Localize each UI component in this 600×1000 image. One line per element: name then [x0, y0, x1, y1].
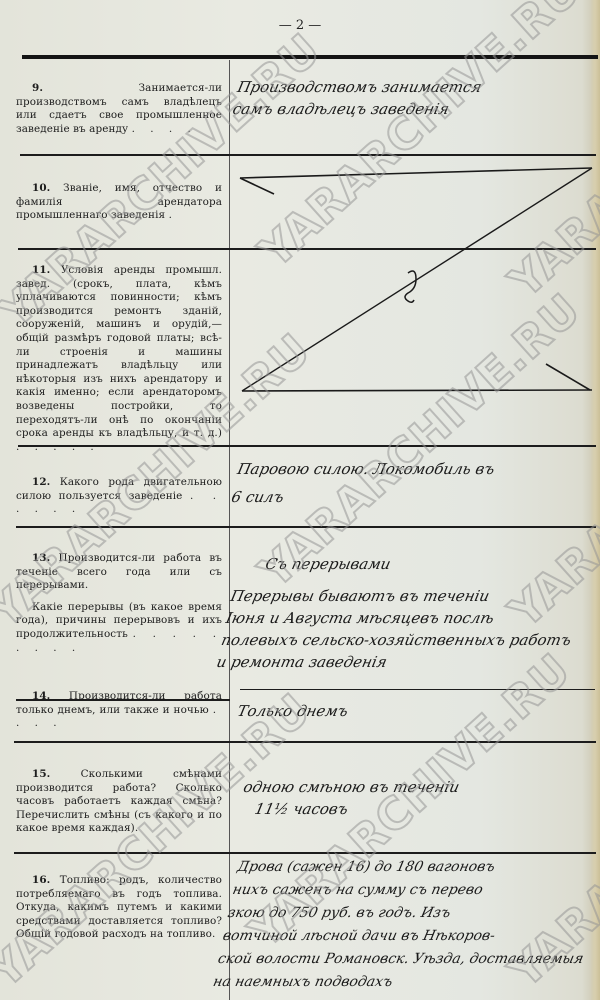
answer-14: Только днемъ: [235, 700, 592, 722]
question-number: 12.: [32, 476, 50, 488]
answer-16: Дрова (сажен 16) до 180 вагоновъ нихъ са…: [211, 856, 592, 994]
answer-line: ской волости Романовск. Уѣзда, доставляе…: [216, 948, 573, 971]
row-divider-14: [14, 741, 596, 743]
answer-13: Съ перерывами Перерывы бываютъ въ течені…: [214, 553, 592, 673]
row-divider-15: [14, 852, 596, 854]
answer-line: 6 силъ: [229, 486, 586, 508]
question-9: 9. Занимается-ли производствомъ самъ вла…: [16, 82, 222, 136]
leader-dots: .: [169, 209, 178, 221]
row-divider-12: [16, 526, 596, 528]
answer-line: Дрова (сажен 16) до 180 вагоновъ: [235, 856, 592, 879]
question-text: Условія аренды промышл. завед. (срокъ, п…: [16, 264, 222, 439]
question-number: 16.: [32, 874, 50, 886]
answer-line: одною смѣною въ теченіи: [235, 776, 592, 798]
question-number: 14.: [32, 690, 50, 702]
answer-12: Паровою силою. Локомобиль въ 6 силъ: [229, 458, 592, 508]
question-16: 16. Топливо: родъ, количество потребляем…: [16, 874, 222, 942]
question-12: 12. Какого рода двигательною силою польз…: [16, 476, 222, 517]
row-divider-13: [240, 689, 595, 690]
leader-dots: . . . . .: [16, 441, 100, 453]
answer-15: одною смѣною въ теченіи 11½ часовъ: [231, 776, 592, 820]
answer-line: Перерывы бываютъ въ теченіи: [229, 585, 586, 607]
question-number: 11.: [32, 264, 50, 276]
page-number: — 2 —: [0, 18, 600, 33]
answer-line: зкою до 750 руб. въ годъ. Изъ: [225, 902, 582, 925]
question-number: 10.: [32, 182, 50, 194]
answer-line: Съ перерывами: [235, 553, 592, 575]
answer-9: Производствомъ занимается самъ владѣлецъ…: [231, 76, 592, 120]
answer-line: 11½ часовъ: [231, 798, 588, 820]
question-number: 9.: [32, 82, 43, 94]
answer-line: самъ владѣлецъ заведенія: [231, 98, 588, 120]
question-13: 13. Производится-ли работа въ теченіе вс…: [16, 552, 222, 655]
answer-line: Производствомъ занимается: [235, 76, 592, 98]
answer-line: нихъ саженъ на сумму съ перево: [230, 879, 587, 902]
answer-line: Только днемъ: [235, 700, 592, 722]
answer-line: Паровою силою. Локомобиль въ: [235, 458, 592, 480]
answer-line: и ремонта заведенія: [214, 651, 571, 673]
strike-out-mark: [230, 150, 600, 450]
answer-line: на наемныхъ подводахъ: [211, 971, 568, 994]
question-14: 14. Производится-ли работа только днемъ,…: [16, 690, 222, 731]
question-11: 11. Условія аренды промышл. завед. (срок…: [16, 264, 222, 454]
question-number: 13.: [32, 552, 50, 564]
question-10: 10. Званіе, имя, отчество и фамилія арен…: [16, 182, 222, 223]
question-15: 15. Сколькими смѣнами производится работ…: [16, 768, 222, 836]
header-rule: [22, 55, 598, 59]
leader-dots: . . . .: [132, 123, 197, 135]
answer-line: полевыхъ сельско-хозяйственныхъ работъ: [219, 629, 576, 651]
question-number: 15.: [32, 768, 50, 780]
answer-line: Іюня и Августа мѣсяцевъ послѣ: [224, 607, 581, 629]
answer-line: вотчиной лѣсной дачи въ Нѣкоров-: [220, 925, 577, 948]
